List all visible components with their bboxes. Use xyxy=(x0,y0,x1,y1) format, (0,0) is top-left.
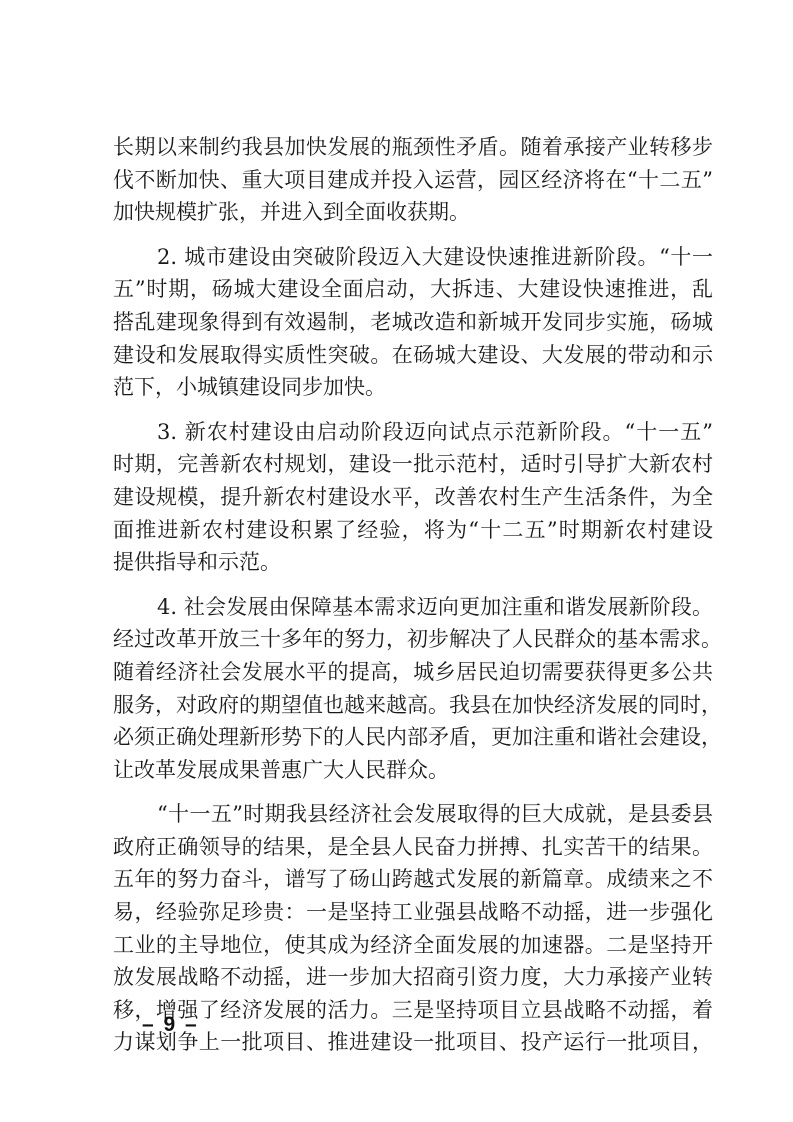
text-line: 面推进新农村建设积累了经验，将为“十二五”时期新农村建设 xyxy=(113,514,713,547)
text-line: “十一五”时期我县经济社会发展取得的巨大成就，是县委县 xyxy=(113,798,713,831)
paragraph-social-development: 4. 社会发展由保障基本需求迈向更加注重和谐发展新阶段。 经过改革开放三十多年的… xyxy=(113,591,713,787)
text-line: 五”时期，砀城大建设全面启动，大拆违、大建设快速推进，乱 xyxy=(113,273,713,306)
text-line: 2. 城市建设由突破阶段迈入大建设快速推进新阶段。“十一 xyxy=(113,241,713,274)
text-line: 3. 新农村建设由启动阶段迈向试点示范新阶段。“十一五” xyxy=(113,416,713,449)
document-page: 长期以来制约我县加快发展的瓶颈性矛盾。随着承接产业转移步 伐不断加快、重大项目建… xyxy=(113,131,713,1071)
text-line: 搭乱建现象得到有效遏制，老城改造和新城开发同步实施，砀城 xyxy=(113,306,713,339)
text-line: 工业的主导地位，使其成为经济全面发展的加速器。二是坚持开 xyxy=(113,929,713,962)
text-line: 五年的努力奋斗，谱写了砀山跨越式发展的新篇章。成绩来之不 xyxy=(113,863,713,896)
text-line: 必须正确处理新形势下的人民内部矛盾，更加注重和谐社会建设， xyxy=(113,721,713,754)
text-line: 易，经验弥足珍贵：一是坚持工业强县战略不动摇，进一步强化 xyxy=(113,896,713,929)
text-line: 范下，小城镇建设同步加快。 xyxy=(113,371,713,404)
text-line: 4. 社会发展由保障基本需求迈向更加注重和谐发展新阶段。 xyxy=(113,591,713,624)
text-line: 建设规模，提升新农村建设水平，改善农村生产生活条件，为全 xyxy=(113,481,713,514)
text-line: 放发展战略不动摇，进一步加大招商引资力度，大力承接产业转 xyxy=(113,961,713,994)
page-number: – 9 – xyxy=(142,1013,199,1037)
text-line: 让改革发展成果普惠广大人民群众。 xyxy=(113,754,713,787)
text-line: 服务，对政府的期望值也越来越高。我县在加快经济发展的同时， xyxy=(113,689,713,722)
text-line: 提供指导和示范。 xyxy=(113,546,713,579)
paragraph-continuation: 长期以来制约我县加快发展的瓶颈性矛盾。随着承接产业转移步 伐不断加快、重大项目建… xyxy=(113,131,713,229)
paragraph-new-countryside: 3. 新农村建设由启动阶段迈向试点示范新阶段。“十一五” 时期，完善新农村规划，… xyxy=(113,416,713,579)
text-line: 建设和发展取得实质性突破。在砀城大建设、大发展的带动和示 xyxy=(113,339,713,372)
paragraph-urban-construction: 2. 城市建设由突破阶段迈入大建设快速推进新阶段。“十一 五”时期，砀城大建设全… xyxy=(113,241,713,404)
text-line: 时期，完善新农村规划，建设一批示范村，适时引导扩大新农村 xyxy=(113,448,713,481)
text-line: 加快规模扩张，并进入到全面收获期。 xyxy=(113,196,713,229)
paragraph-achievements: “十一五”时期我县经济社会发展取得的巨大成就，是县委县 政府正确领导的结果，是全… xyxy=(113,798,713,1059)
text-line: 伐不断加快、重大项目建成并投入运营，园区经济将在“十二五” xyxy=(113,164,713,197)
text-line: 经过改革开放三十多年的努力，初步解决了人民群众的基本需求。 xyxy=(113,623,713,656)
text-line: 长期以来制约我县加快发展的瓶颈性矛盾。随着承接产业转移步 xyxy=(113,131,713,164)
text-line: 随着经济社会发展水平的提高，城乡居民迫切需要获得更多公共 xyxy=(113,656,713,689)
text-line: 移，增强了经济发展的活力。三是坚持项目立县战略不动摇，着 xyxy=(113,994,713,1027)
text-line: 政府正确领导的结果，是全县人民奋力拼搏、扎实苦干的结果。 xyxy=(113,831,713,864)
text-line: 力谋划争上一批项目、推进建设一批项目、投产运行一批项目， xyxy=(113,1026,713,1059)
